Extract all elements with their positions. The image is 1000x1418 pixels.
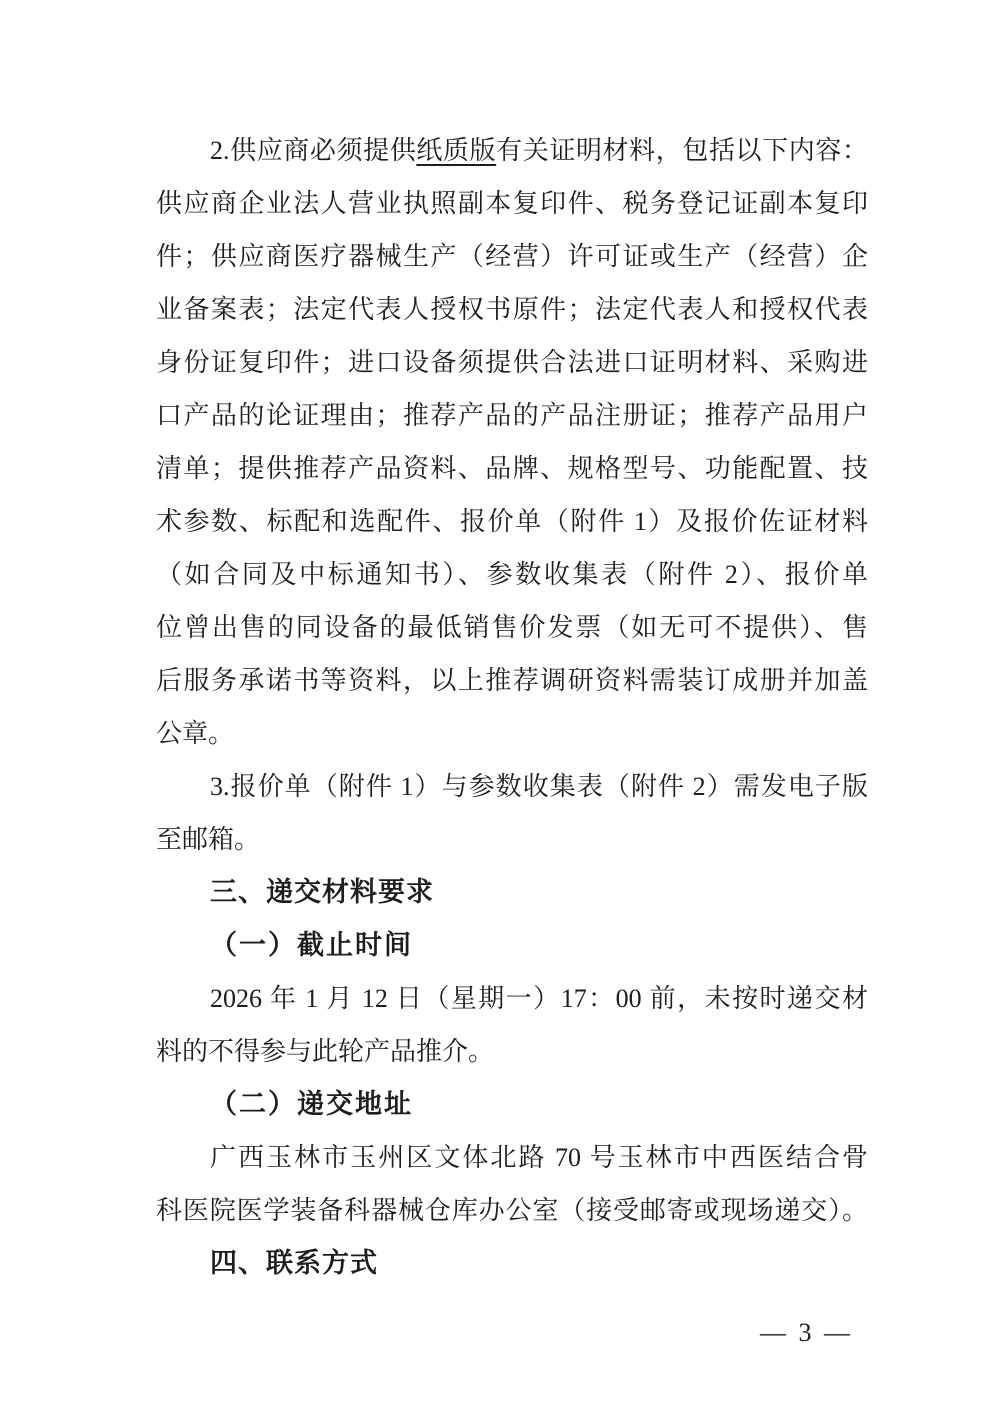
text-line: 后服务承诺书等资料，以上推荐调研资料需装订成册并加盖 bbox=[156, 654, 868, 707]
text-line: 位曾出售的同设备的最低销售价发票（如无可不提供）、售 bbox=[156, 601, 868, 654]
text-line: 2026 年 1 月 12 日（星期一）17：00 前，未按时递交材 bbox=[156, 972, 868, 1025]
text-line: 身份证复印件；进口设备须提供合法进口证明材料、采购进 bbox=[156, 336, 868, 389]
underlined-text: 纸质版 bbox=[416, 136, 496, 165]
text-line: （如合同及中标通知书）、参数收集表（附件 2）、报价单 bbox=[156, 548, 868, 601]
page-number: — 3 — bbox=[760, 1318, 853, 1348]
text-line: 口产品的论证理由；推荐产品的产品注册证；推荐产品用户 bbox=[156, 389, 868, 442]
section-heading: （一）截止时间 bbox=[156, 919, 868, 972]
text-line: 业备案表；法定代表人授权书原件；法定代表人和授权代表 bbox=[156, 283, 868, 336]
section-heading: （二）递交地址 bbox=[156, 1078, 868, 1131]
text-line: 料的不得参与此轮产品推介。 bbox=[156, 1025, 868, 1078]
section-heading: 四、联系方式 bbox=[156, 1237, 868, 1290]
text-line: 件；供应商医疗器械生产（经营）许可证或生产（经营）企 bbox=[156, 230, 868, 283]
text-line: 至邮箱。 bbox=[156, 813, 868, 866]
text-line: 3.报价单（附件 1）与参数收集表（附件 2）需发电子版 bbox=[156, 760, 868, 813]
text-line: 公章。 bbox=[156, 707, 868, 760]
text-line: 清单；提供推荐产品资料、品牌、规格型号、功能配置、技 bbox=[156, 442, 868, 495]
text-line: 2.供应商必须提供纸质版有关证明材料，包括以下内容： bbox=[156, 124, 868, 177]
text-line: 供应商企业法人营业执照副本复印件、税务登记证副本复印 bbox=[156, 177, 868, 230]
text-line: 广西玉林市玉州区文体北路 70 号玉林市中西医结合骨 bbox=[156, 1131, 868, 1184]
text-line: 科医院医学装备科器械仓库办公室（接受邮寄或现场递交）。 bbox=[156, 1184, 868, 1237]
section-heading: 三、递交材料要求 bbox=[156, 866, 868, 919]
document-page: 2.供应商必须提供纸质版有关证明材料，包括以下内容：供应商企业法人营业执照副本复… bbox=[0, 0, 1000, 1418]
document-text-block: 2.供应商必须提供纸质版有关证明材料，包括以下内容：供应商企业法人营业执照副本复… bbox=[156, 124, 868, 1290]
text-line: 术参数、标配和选配件、报价单（附件 1）及报价佐证材料 bbox=[156, 495, 868, 548]
